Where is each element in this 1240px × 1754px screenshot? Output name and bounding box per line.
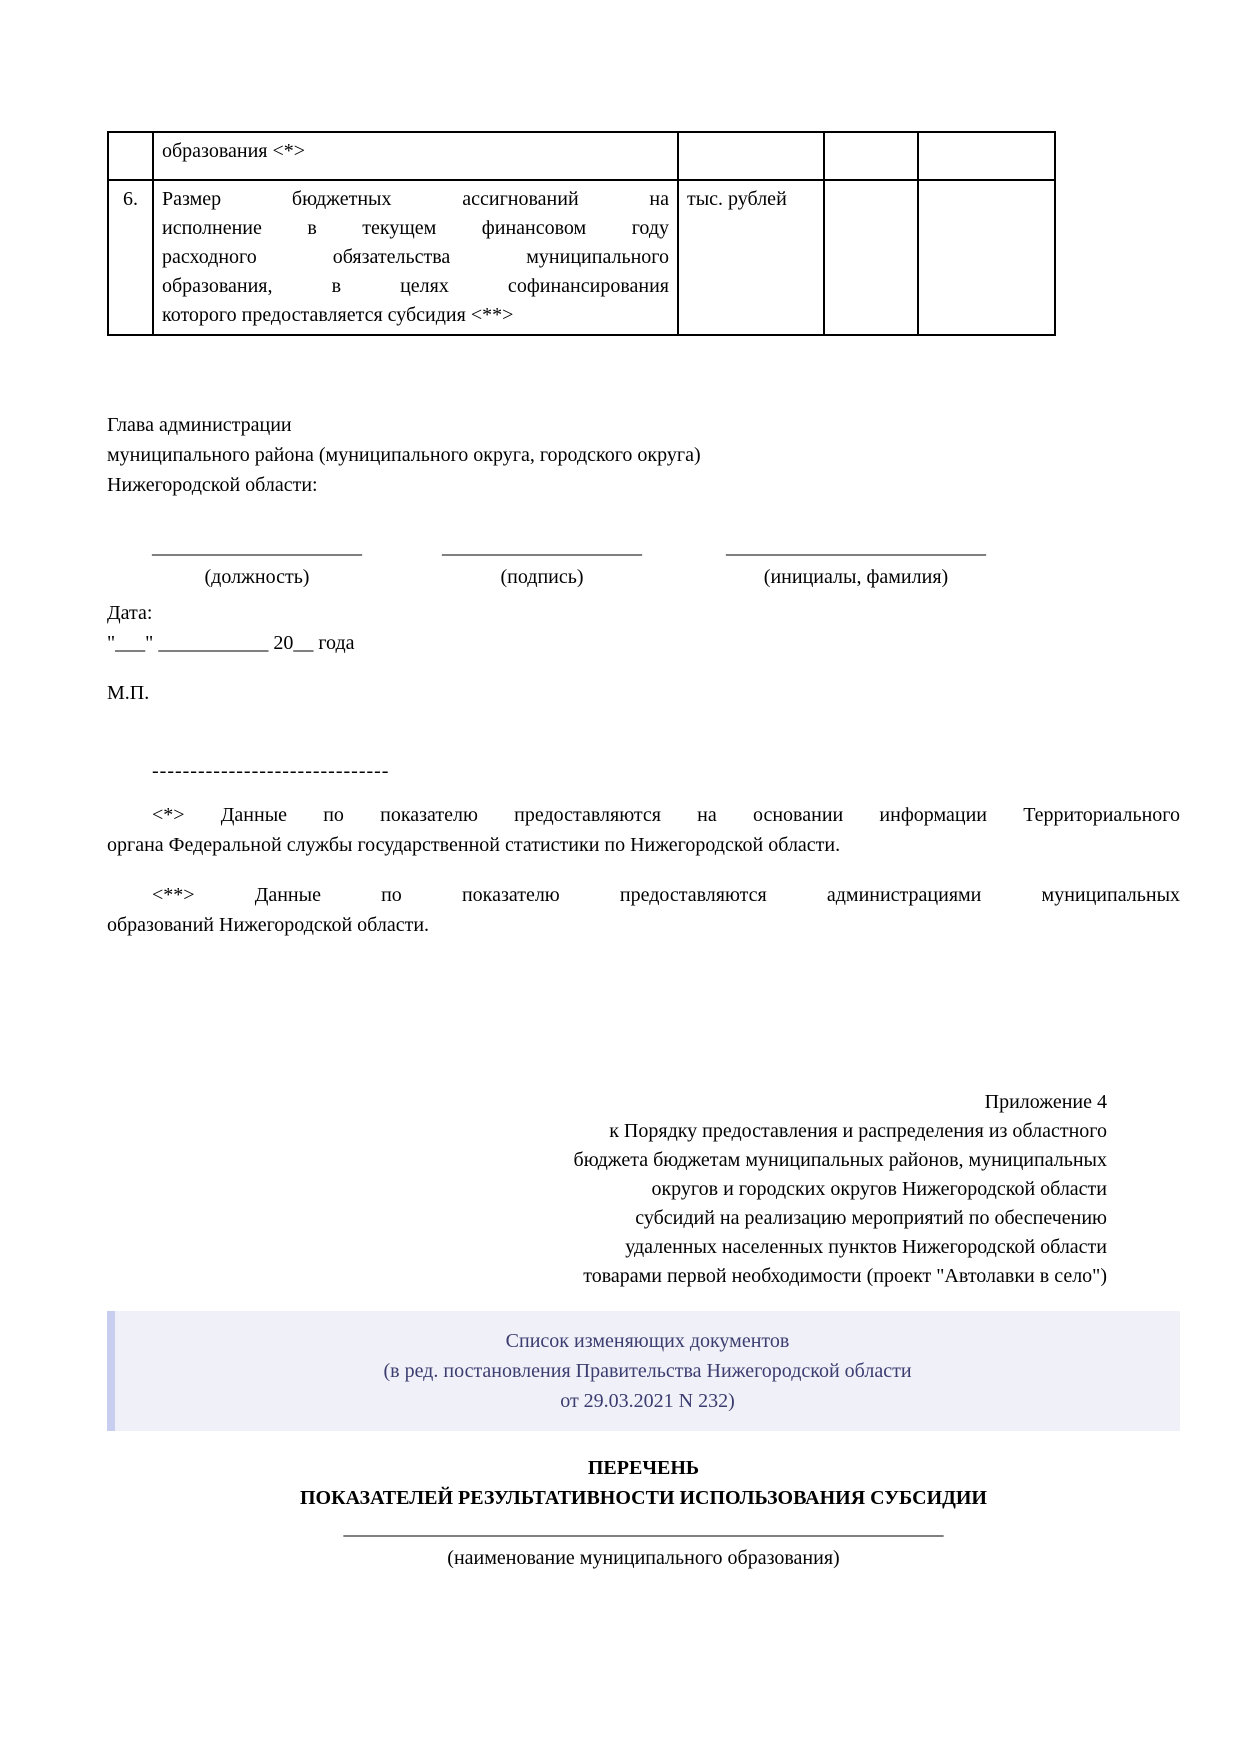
- document-title: ПЕРЕЧЕНЬ: [107, 1453, 1180, 1483]
- signature-field-signature: ____________________ (подпись): [442, 532, 642, 592]
- appendix-line: товарами первой необходимости (проект "А…: [107, 1262, 1107, 1291]
- appendix-line: удаленных населенных пунктов Нижегородск…: [107, 1233, 1107, 1262]
- appendix-line: Приложение 4: [107, 1088, 1107, 1117]
- cell-value-fact: [918, 180, 1055, 335]
- cell-row-number: 6.: [108, 180, 153, 335]
- document-content: образования <*> 6. Размер бюджетных асси…: [107, 131, 1180, 1573]
- cell-indicator-name: Размер бюджетных ассигнований на исполне…: [153, 180, 678, 335]
- indicator-text-line: расходного обязательства муниципального: [162, 243, 669, 272]
- date-blank-line: "___" ___________ 20__ года: [107, 628, 1180, 658]
- signer-line: муниципального района (муниципального ок…: [107, 440, 1180, 470]
- appendix-line: субсидий на реализацию мероприятий по об…: [107, 1204, 1107, 1233]
- signature-blank-line: _____________________: [152, 532, 362, 562]
- signer-line: Нижегородской области:: [107, 470, 1180, 500]
- cell-row-number: [108, 132, 153, 180]
- seal-mark: М.П.: [107, 678, 1180, 708]
- signer-block: Глава администрации муниципального район…: [107, 410, 1180, 500]
- document-title-block: ПЕРЕЧЕНЬ ПОКАЗАТЕЛЕЙ РЕЗУЛЬТАТИВНОСТИ ИС…: [107, 1453, 1180, 1573]
- footnote-text-line: <*> Данные по показателю предоставляются…: [107, 800, 1180, 830]
- municipality-blank-line: ________________________________________…: [107, 1513, 1180, 1543]
- appendix-heading: Приложение 4 к Порядку предоставления и …: [107, 1088, 1107, 1291]
- signature-fields: _____________________ (должность) ______…: [107, 532, 1180, 592]
- footnote-separator: -------------------------------: [152, 756, 1180, 786]
- table-row-continuation: образования <*>: [108, 132, 1055, 180]
- cell-unit: [678, 132, 824, 180]
- info-box-line: Список изменяющих документов: [125, 1326, 1170, 1356]
- amending-documents-box: Список изменяющих документов (в ред. пос…: [107, 1311, 1180, 1431]
- appendix-line: к Порядку предоставления и распределения…: [107, 1117, 1107, 1146]
- signature-field-name: __________________________ (инициалы, фа…: [726, 532, 986, 592]
- cell-unit: тыс. рублей: [678, 180, 824, 335]
- footnote-text-line: органа Федеральной службы государственно…: [107, 830, 1180, 860]
- municipality-caption: (наименование муниципального образования…: [107, 1543, 1180, 1573]
- table-row-6: 6. Размер бюджетных ассигнований на испо…: [108, 180, 1055, 335]
- info-box-line: от 29.03.2021 N 232): [125, 1386, 1170, 1416]
- signature-field-position: _____________________ (должность): [152, 532, 362, 592]
- appendix-line: округов и городских округов Нижегородско…: [107, 1175, 1107, 1204]
- footnote-double-asterisk: <**> Данные по показателю предоставляютс…: [107, 880, 1180, 940]
- footnote-text-line: <**> Данные по показателю предоставляютс…: [107, 880, 1180, 910]
- signature-field-label: (инициалы, фамилия): [726, 562, 986, 592]
- signature-blank-line: ____________________: [442, 532, 642, 562]
- indicators-table: образования <*> 6. Размер бюджетных асси…: [107, 131, 1056, 336]
- cell-value-plan: [824, 132, 918, 180]
- cell-indicator-name: образования <*>: [153, 132, 678, 180]
- indicator-text-line: образования, в целях софинансирования: [162, 272, 669, 301]
- date-block: Дата: "___" ___________ 20__ года: [107, 598, 1180, 658]
- date-label: Дата:: [107, 598, 1180, 628]
- appendix-line: бюджета бюджетам муниципальных районов, …: [107, 1146, 1107, 1175]
- footnote-single-asterisk: <*> Данные по показателю предоставляются…: [107, 800, 1180, 860]
- cell-value-plan: [824, 180, 918, 335]
- indicator-text-line: исполнение в текущем финансовом году: [162, 214, 669, 243]
- document-page: образования <*> 6. Размер бюджетных асси…: [0, 0, 1240, 1754]
- footnote-text-line: образований Нижегородской области.: [107, 910, 1180, 940]
- signer-line: Глава администрации: [107, 410, 1180, 440]
- signature-field-label: (подпись): [442, 562, 642, 592]
- signature-blank-line: __________________________: [726, 532, 986, 562]
- document-title: ПОКАЗАТЕЛЕЙ РЕЗУЛЬТАТИВНОСТИ ИСПОЛЬЗОВАН…: [107, 1483, 1180, 1513]
- indicator-text-line: которого предоставляется субсидия <**>: [162, 301, 669, 330]
- info-box-line: (в ред. постановления Правительства Ниже…: [125, 1356, 1170, 1386]
- cell-value-fact: [918, 132, 1055, 180]
- indicator-text-line: Размер бюджетных ассигнований на: [162, 185, 669, 214]
- indicator-text-line: образования <*>: [162, 137, 669, 166]
- signature-field-label: (должность): [152, 562, 362, 592]
